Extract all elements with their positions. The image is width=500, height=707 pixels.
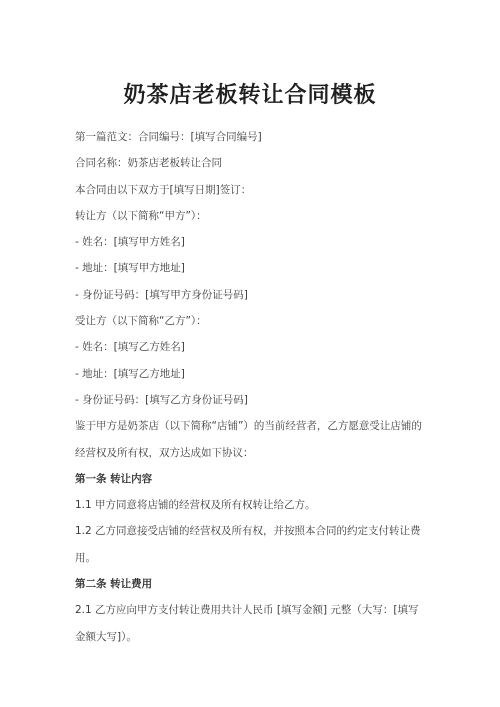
paragraph: - 身份证号码：[填写乙方身份证号码] — [75, 387, 425, 413]
document-title: 奶茶店老板转让合同模板 — [0, 0, 500, 110]
document-body: 第一篇范文：合同编号：[填写合同编号]合同名称：奶茶店老板转让合同本合同由以下双… — [75, 124, 425, 650]
paragraph: 1.1 甲方同意将店铺的经营权及所有权转让给乙方。 — [75, 492, 425, 518]
section-heading: 第二条 转让费用 — [75, 571, 425, 597]
paragraph: 合同名称：奶茶店老板转让合同 — [75, 150, 425, 176]
paragraph: - 身份证号码：[填写甲方身份证号码] — [75, 282, 425, 308]
paragraph: 鉴于甲方是奶茶店（以下简称“店铺”）的当前经营者，乙方愿意受让店铺的经营权及所有… — [75, 413, 425, 466]
paragraph: 2.1 乙方应向甲方支付转让费用共计人民币 [填写金额] 元整（大写：[填写金额… — [75, 597, 425, 650]
paragraph: - 地址：[填写乙方地址] — [75, 361, 425, 387]
paragraph: - 地址：[填写甲方地址] — [75, 255, 425, 281]
paragraph: 受让方（以下简称“乙方”）： — [75, 308, 425, 334]
paragraph: 转让方（以下简称“甲方”）： — [75, 203, 425, 229]
paragraph: 第一篇范文：合同编号：[填写合同编号] — [75, 124, 425, 150]
paragraph: - 姓名：[填写甲方姓名] — [75, 229, 425, 255]
paragraph: - 姓名：[填写乙方姓名] — [75, 334, 425, 360]
paragraph: 1.2 乙方同意接受店铺的经营权及所有权，并按照本合同的约定支付转让费用。 — [75, 518, 425, 571]
document-page: 奶茶店老板转让合同模板 第一篇范文：合同编号：[填写合同编号]合同名称：奶茶店老… — [0, 0, 500, 707]
section-heading: 第一条 转让内容 — [75, 466, 425, 492]
paragraph: 本合同由以下双方于[填写日期]签订： — [75, 177, 425, 203]
